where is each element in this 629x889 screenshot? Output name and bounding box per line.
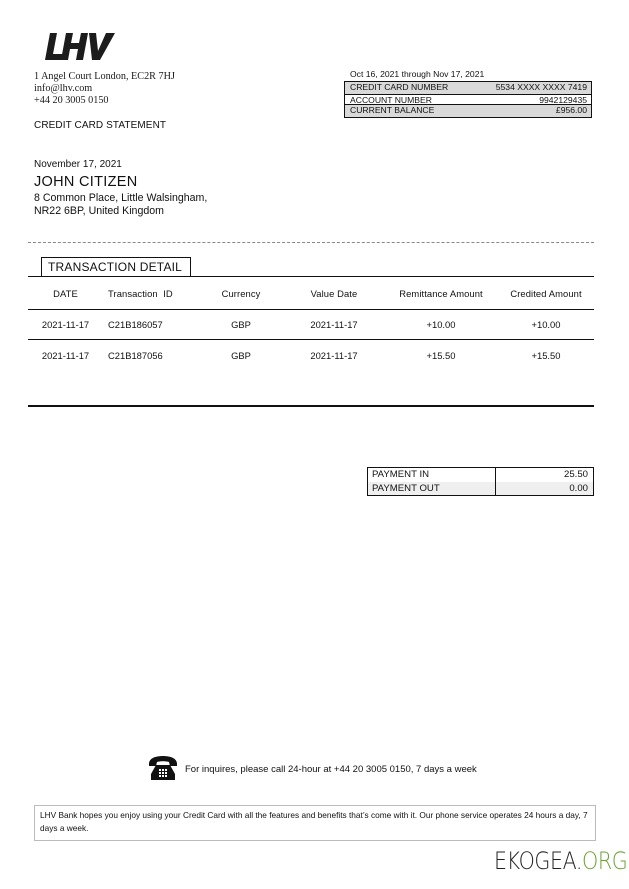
column-header-currency: Currency [198,288,284,299]
customer-name: JOHN CITIZEN [34,174,138,190]
column-header-remittance-amount: Remittance Amount [384,288,498,299]
cell-remittance-amount: +10.00 [384,319,498,330]
summary-row-card-number: CREDIT CARD NUMBER 5534 XXXX XXXX 7419 [345,82,591,94]
payment-in-row: PAYMENT IN 25.50 [368,468,593,482]
bank-address: 1 Angel Court London, EC2R 7HJ [34,71,175,83]
summary-value: 5534 XXXX XXXX 7419 [496,82,587,94]
table-bottom-rule [28,405,594,407]
cell-value-date: 2021-11-17 [284,319,384,330]
transaction-detail-heading: TRANSACTION DETAIL [41,257,191,276]
telephone-icon [147,755,179,781]
bank-email: info@lhv.com [34,83,175,95]
payment-out-row: PAYMENT OUT 0.00 [368,482,593,496]
bank-address-block: 1 Angel Court London, EC2R 7HJ info@lhv.… [34,71,175,107]
cell-currency: GBP [198,350,284,361]
summary-label: CURRENT BALANCE [350,105,434,117]
cell-date: 2021-11-17 [28,319,103,330]
customer-address-line1: 8 Common Place, Little Walsingham, [34,192,207,205]
payment-value: 25.50 [496,468,593,482]
summary-row-account-number: ACCOUNT NUMBER 9942129435 [345,94,591,106]
cell-credited-amount: +15.50 [498,350,594,361]
summary-value: 9942129435 [539,95,587,105]
table-row: 2021-11-17 C21B187056 GBP 2021-11-17 +15… [28,340,594,370]
cell-credited-amount: +10.00 [498,319,594,330]
cell-date: 2021-11-17 [28,350,103,361]
payments-summary-box: PAYMENT IN 25.50 PAYMENT OUT 0.00 [367,467,594,496]
column-header-credited-amount: Credited Amount [498,288,594,299]
statement-date: November 17, 2021 [34,159,122,170]
statement-period: Oct 16, 2021 through Nov 17, 2021 [350,69,484,79]
cell-remittance-amount: +15.50 [384,350,498,361]
summary-value: £956.00 [556,105,587,117]
account-summary-box: CREDIT CARD NUMBER 5534 XXXX XXXX 7419 A… [344,81,592,118]
bank-phone: +44 20 3005 0150 [34,95,175,107]
summary-row-current-balance: CURRENT BALANCE £956.00 [345,105,591,117]
cell-currency: GBP [198,319,284,330]
statement-title: CREDIT CARD STATEMENT [34,120,166,131]
watermark: EKOGEA.ORG [494,847,627,875]
watermark-suffix: ORG [582,847,627,875]
watermark-main: EKOGEA. [494,847,582,875]
customer-address-line2: NR22 6BP, United Kingdom [34,205,207,218]
cell-value-date: 2021-11-17 [284,350,384,361]
cell-transaction-id: C21B187056 [103,350,198,361]
lhv-logo [44,33,116,60]
table-row: 2021-11-17 C21B186057 GBP 2021-11-17 +10… [28,310,594,340]
inquiries-text: For inquires, please call 24-hour at +44… [185,764,477,775]
summary-label: CREDIT CARD NUMBER [350,82,448,94]
footer-note: LHV Bank hopes you enjoy using your Cred… [34,805,596,841]
column-header-value-date: Value Date [284,288,384,299]
payment-value: 0.00 [496,482,593,496]
cell-transaction-id: C21B186057 [103,319,198,330]
column-header-date: DATE [28,288,103,299]
summary-label: ACCOUNT NUMBER [350,95,432,105]
table-header-row: DATE Transaction ID Currency Value Date … [28,277,594,310]
column-header-transaction-id: Transaction ID [103,288,198,299]
dashed-divider [28,242,594,243]
transaction-table: DATE Transaction ID Currency Value Date … [28,277,594,370]
customer-address: 8 Common Place, Little Walsingham, NR22 … [34,192,207,218]
payment-label: PAYMENT OUT [368,482,496,496]
payment-label: PAYMENT IN [368,468,496,482]
